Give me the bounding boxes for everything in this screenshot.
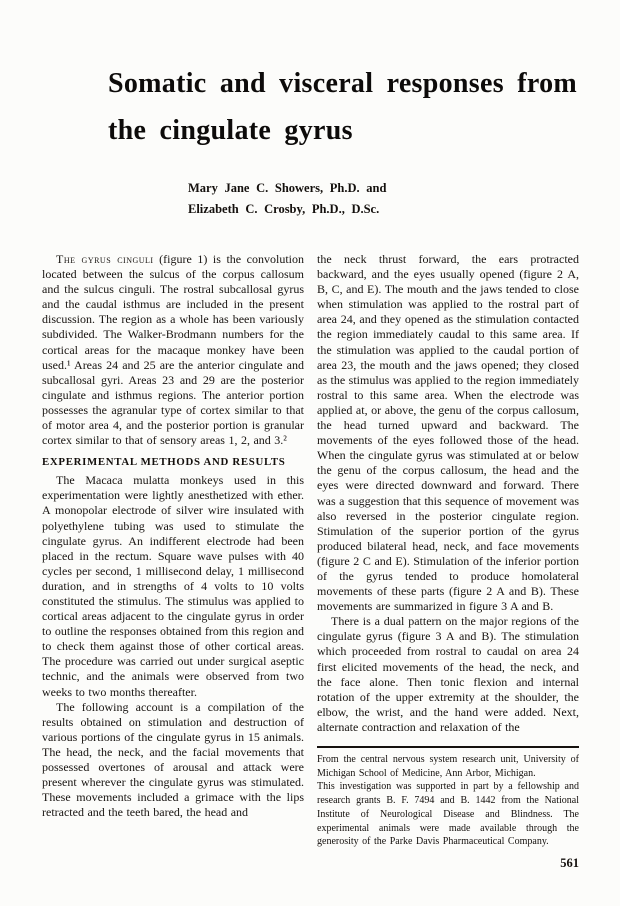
footnote-acknowledgment: This investigation was supported in part… — [317, 780, 579, 849]
journal-page: Somatic and visceral responses from the … — [0, 0, 620, 906]
footnote: From the central nervous system research… — [317, 753, 579, 849]
paragraph-dual-pattern: There is a dual pattern on the major reg… — [317, 614, 579, 735]
paragraph-continuation: the neck thrust forward, the ears protra… — [317, 252, 579, 614]
two-column-body: The gyrus cinguli (figure 1) is the conv… — [0, 220, 620, 871]
title-line-2: the cingulate gyrus — [108, 107, 580, 154]
paragraph-intro: The gyrus cinguli (figure 1) is the conv… — [42, 252, 304, 448]
author-block: Mary Jane C. Showers, Ph.D. and Elizabet… — [188, 178, 580, 220]
author-line-1: Mary Jane C. Showers, Ph.D. and — [188, 178, 580, 199]
footnote-divider — [317, 746, 579, 748]
paragraph-methods: The Macaca mulatta monkeys used in this … — [42, 473, 304, 699]
footnote-affiliation: From the central nervous system research… — [317, 753, 579, 780]
author-line-2: Elizabeth C. Crosby, Ph.D., D.Sc. — [188, 199, 580, 220]
article-header: Somatic and visceral responses from the … — [0, 0, 620, 220]
page-number: 561 — [317, 856, 579, 871]
title-line-1: Somatic and visceral responses from — [108, 60, 580, 107]
lead-phrase: The gyrus cinguli — [56, 252, 154, 266]
right-column: the neck thrust forward, the ears protra… — [317, 252, 579, 871]
left-column: The gyrus cinguli (figure 1) is the conv… — [42, 252, 304, 871]
paragraph-account: The following account is a compilation o… — [42, 700, 304, 821]
section-heading: EXPERIMENTAL METHODS AND RESULTS — [42, 456, 304, 468]
paragraph-intro-text: (figure 1) is the convolution located be… — [42, 252, 304, 447]
article-title: Somatic and visceral responses from the … — [108, 60, 580, 154]
